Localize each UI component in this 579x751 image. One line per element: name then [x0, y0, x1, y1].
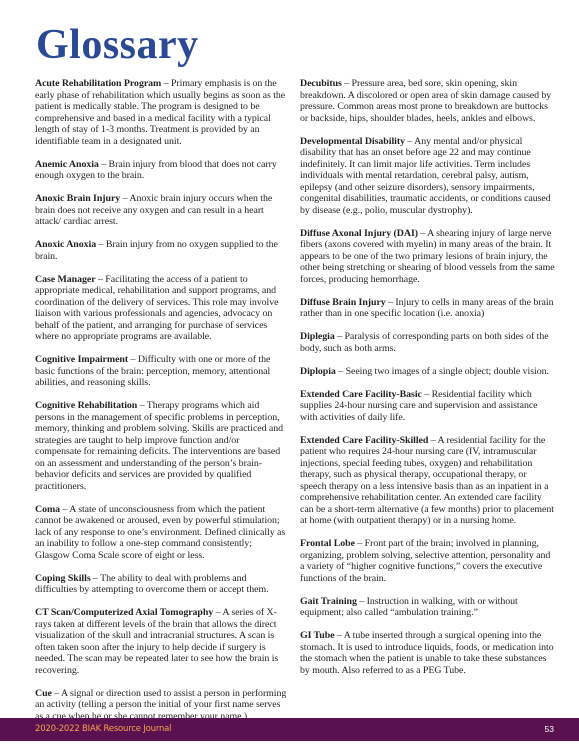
term-separator: – — [161, 78, 171, 89]
glossary-entry: Extended Care Facility-Skilled – A resid… — [300, 435, 555, 527]
glossary-entry: Coping Skills – The ability to deal with… — [35, 573, 287, 596]
glossary-entry: Gait Training – Instruction in walking, … — [300, 596, 555, 619]
glossary-term: CT Scan/Computerized Axial Tomography — [35, 607, 213, 618]
term-separator: – — [422, 389, 432, 400]
glossary-definition: A signal or direction used to assist a p… — [35, 688, 286, 722]
term-separator: – — [386, 297, 396, 308]
term-separator: – — [96, 274, 106, 285]
term-separator: – — [355, 538, 365, 549]
page-title: Glossary — [36, 20, 199, 70]
page-number: 53 — [545, 723, 554, 735]
glossary-term: Anemic Anoxia — [35, 159, 99, 170]
glossary-entry: Anoxic Anoxia – Brain injury from no oxy… — [35, 239, 287, 262]
glossary-term: Diffuse Brain Injury — [300, 297, 386, 308]
glossary-entry: Coma – A state of unconsciousness from w… — [35, 504, 287, 562]
term-separator: – — [335, 630, 344, 641]
term-separator: – — [60, 504, 69, 515]
glossary-term: GI Tube — [300, 630, 335, 641]
glossary-entry: Anemic Anoxia – Brain injury from blood … — [35, 159, 287, 182]
glossary-entry: Case Manager – Facilitating the access o… — [35, 274, 287, 343]
term-separator: – — [128, 354, 138, 365]
glossary-term: Developmental Disability — [300, 136, 405, 147]
glossary-term: Decubitus — [300, 78, 342, 89]
glossary-term: Frontal Lobe — [300, 538, 355, 549]
glossary-term: Coma — [35, 504, 60, 515]
term-separator: – — [52, 688, 61, 699]
glossary-term: Cognitive Rehabilitation — [35, 400, 137, 411]
term-separator: – — [428, 435, 437, 446]
glossary-entry: Anoxic Brain Injury – Anoxic brain injur… — [35, 193, 287, 228]
glossary-entry: Decubitus – Pressure area, bed sore, ski… — [300, 78, 555, 124]
term-separator: – — [418, 228, 427, 239]
term-separator: – — [336, 366, 346, 377]
glossary-definition: Seeing two images of a single object; do… — [346, 366, 549, 377]
term-separator: – — [99, 159, 109, 170]
term-separator: – — [137, 400, 147, 411]
glossary-term: Anoxic Brain Injury — [35, 193, 120, 204]
glossary-entry: Diffuse Brain Injury – Injury to cells i… — [300, 297, 555, 320]
glossary-definition: Any mental and/or physical disability th… — [300, 136, 551, 216]
glossary-entry: Cognitive Rehabilitation – Therapy progr… — [35, 400, 287, 492]
term-separator: – — [335, 331, 345, 342]
glossary-term: Diffuse Axonal Injury (DAI) — [300, 228, 418, 239]
glossary-entry: Diffuse Axonal Injury (DAI) – A shearing… — [300, 228, 555, 286]
glossary-term: Diplopia — [300, 366, 336, 377]
glossary-term: Extended Care Facility-Basic — [300, 389, 422, 400]
term-separator: – — [405, 136, 414, 147]
term-separator: – — [342, 78, 352, 89]
glossary-definition: A residential facility for the patient w… — [300, 435, 554, 527]
glossary-term: Diplegia — [300, 331, 335, 342]
term-separator: – — [96, 239, 106, 250]
glossary-term: Cognitive Impairment — [35, 354, 128, 365]
page-footer: 2020-2022 BIAK Resource Journal 53 — [0, 718, 579, 741]
footer-journal-title: 2020-2022 BIAK Resource Journal — [35, 723, 171, 735]
glossary-term: Coping Skills — [35, 573, 91, 584]
glossary-entry: Developmental Disability – Any mental an… — [300, 136, 555, 217]
glossary-entry: Diplopia – Seeing two images of a single… — [300, 366, 555, 378]
glossary-entry: Acute Rehabilitation Program – Primary e… — [35, 78, 287, 147]
glossary-term: Case Manager — [35, 274, 96, 285]
glossary-column-right: Decubitus – Pressure area, bed sore, ski… — [300, 78, 555, 688]
glossary-entry: Frontal Lobe – Front part of the brain; … — [300, 538, 555, 584]
glossary-entry: CT Scan/Computerized Axial Tomography – … — [35, 607, 287, 676]
glossary-term: Acute Rehabilitation Program — [35, 78, 161, 89]
glossary-entry: Cue – A signal or direction used to assi… — [35, 688, 287, 723]
glossary-entry: Extended Care Facility-Basic – Residenti… — [300, 389, 555, 424]
term-separator: – — [357, 596, 367, 607]
glossary-entry: GI Tube – A tube inserted through a surg… — [300, 630, 555, 676]
glossary-term: Anoxic Anoxia — [35, 239, 96, 250]
glossary-entry: Diplegia – Paralysis of corresponding pa… — [300, 331, 555, 354]
term-separator: – — [91, 573, 101, 584]
glossary-column-left: Acute Rehabilitation Program – Primary e… — [35, 78, 287, 734]
term-separator: – — [120, 193, 129, 204]
glossary-term: Extended Care Facility-Skilled — [300, 435, 428, 446]
glossary-term: Gait Training — [300, 596, 357, 607]
glossary-entry: Cognitive Impairment – Difficulty with o… — [35, 354, 287, 389]
glossary-definition: Therapy programs which aid persons in th… — [35, 400, 283, 492]
glossary-definition: A state of unconsciousness from which th… — [35, 504, 285, 561]
glossary-term: Cue — [35, 688, 52, 699]
